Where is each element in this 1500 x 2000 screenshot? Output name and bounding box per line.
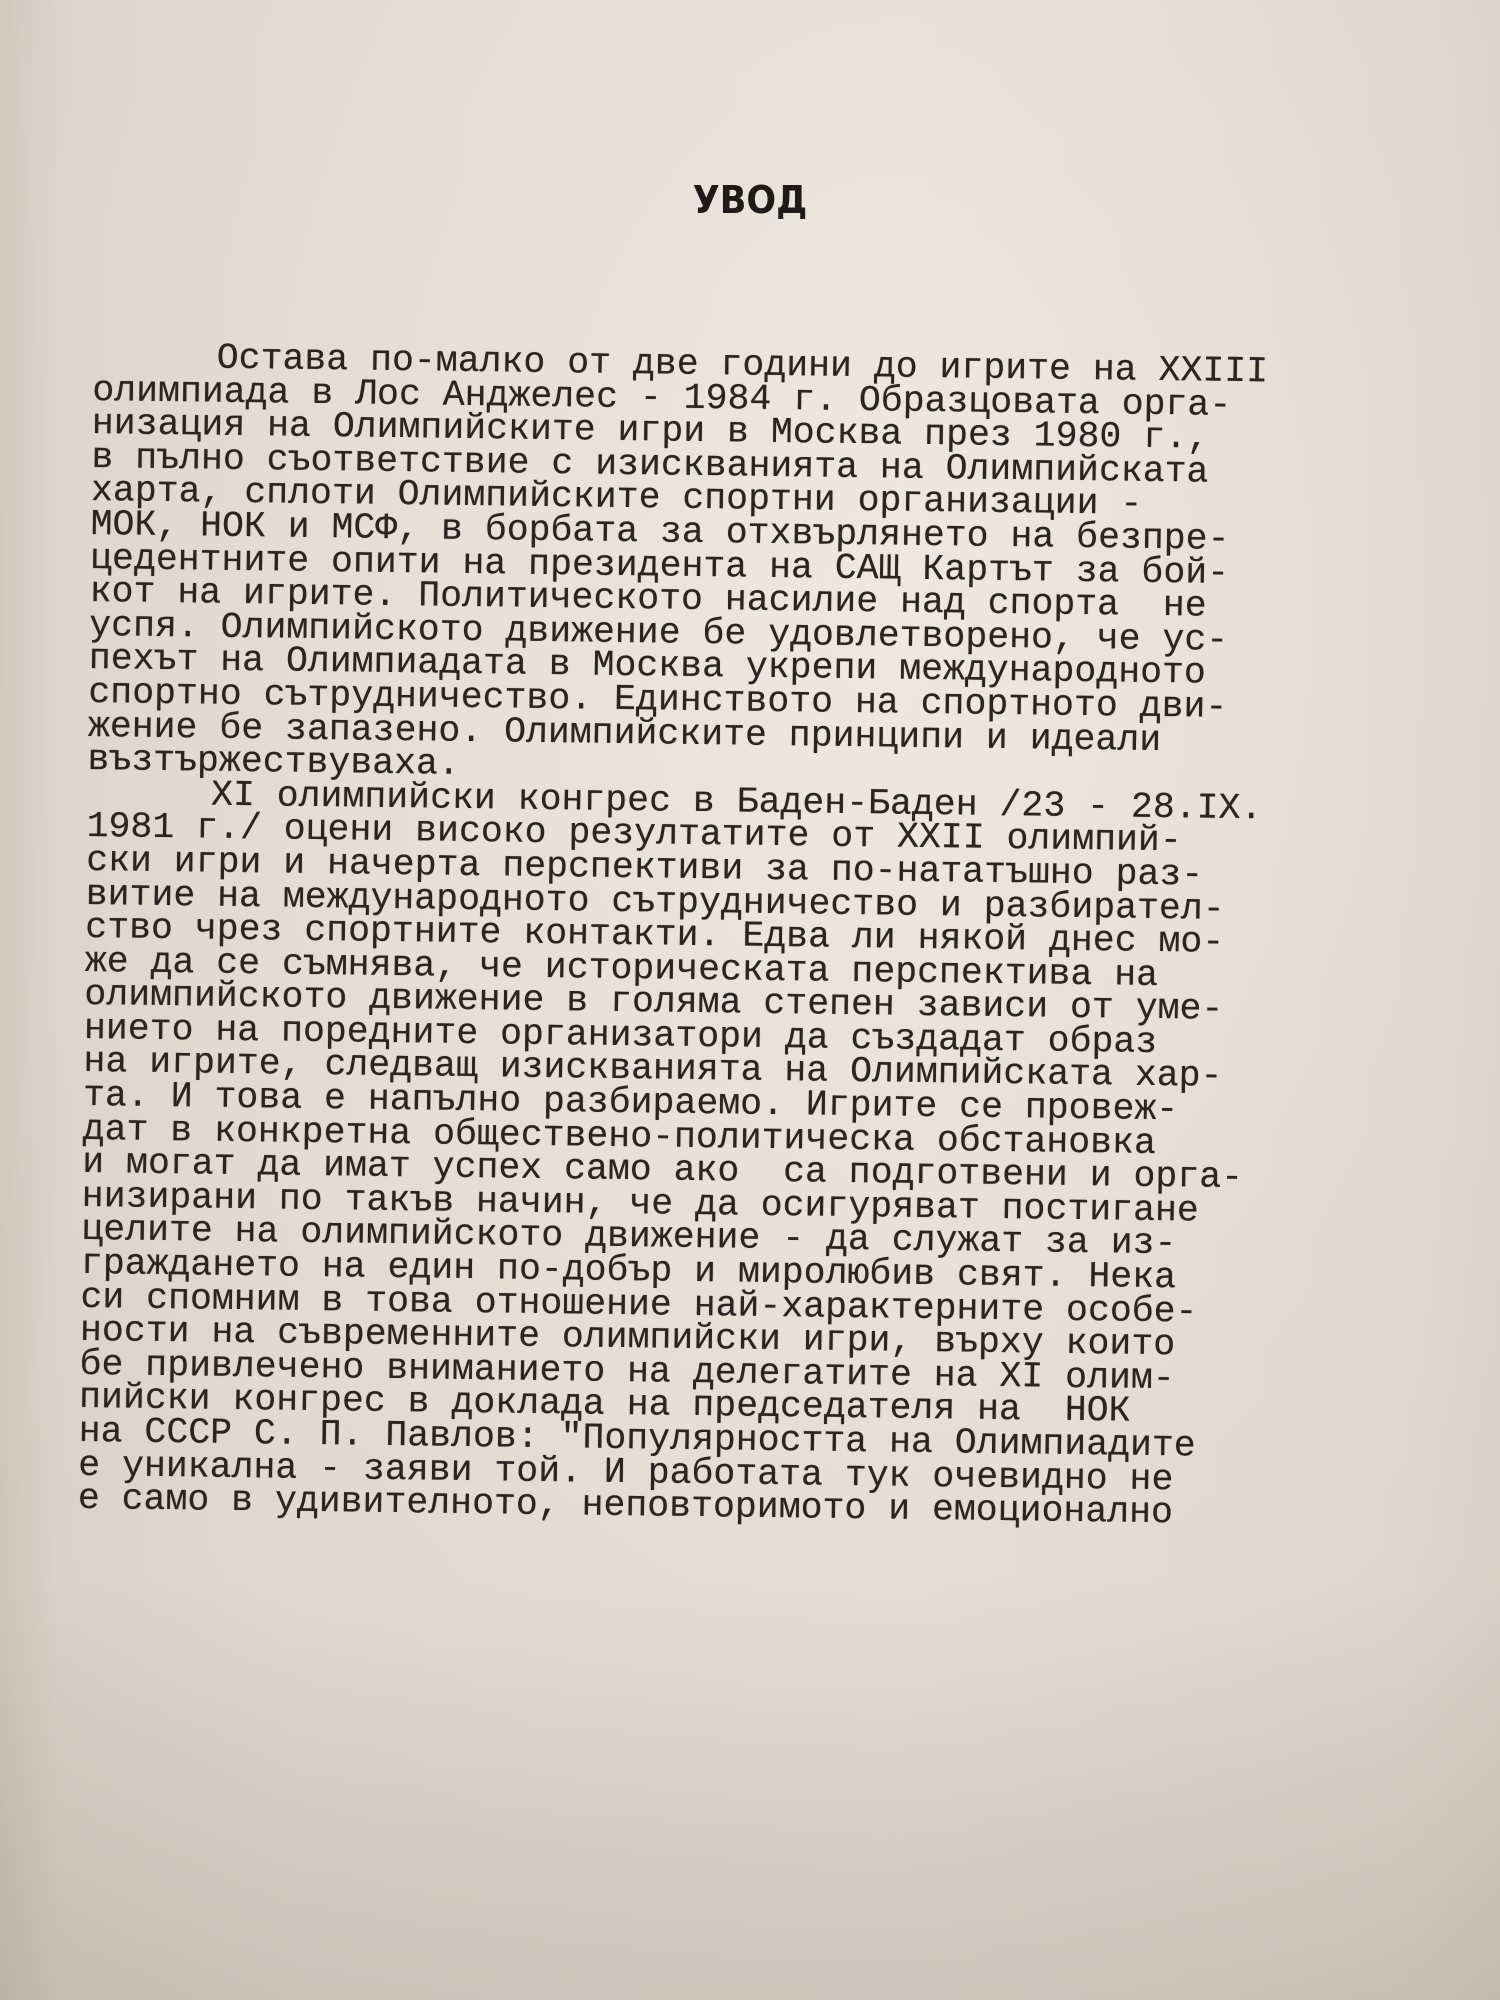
body-text: Остава по-малко от две години до игрите …	[78, 340, 1433, 1533]
page-heading: УВОД	[60, 178, 1440, 222]
document-page: УВОД Остава по-малко от две години до иг…	[0, 0, 1500, 2000]
